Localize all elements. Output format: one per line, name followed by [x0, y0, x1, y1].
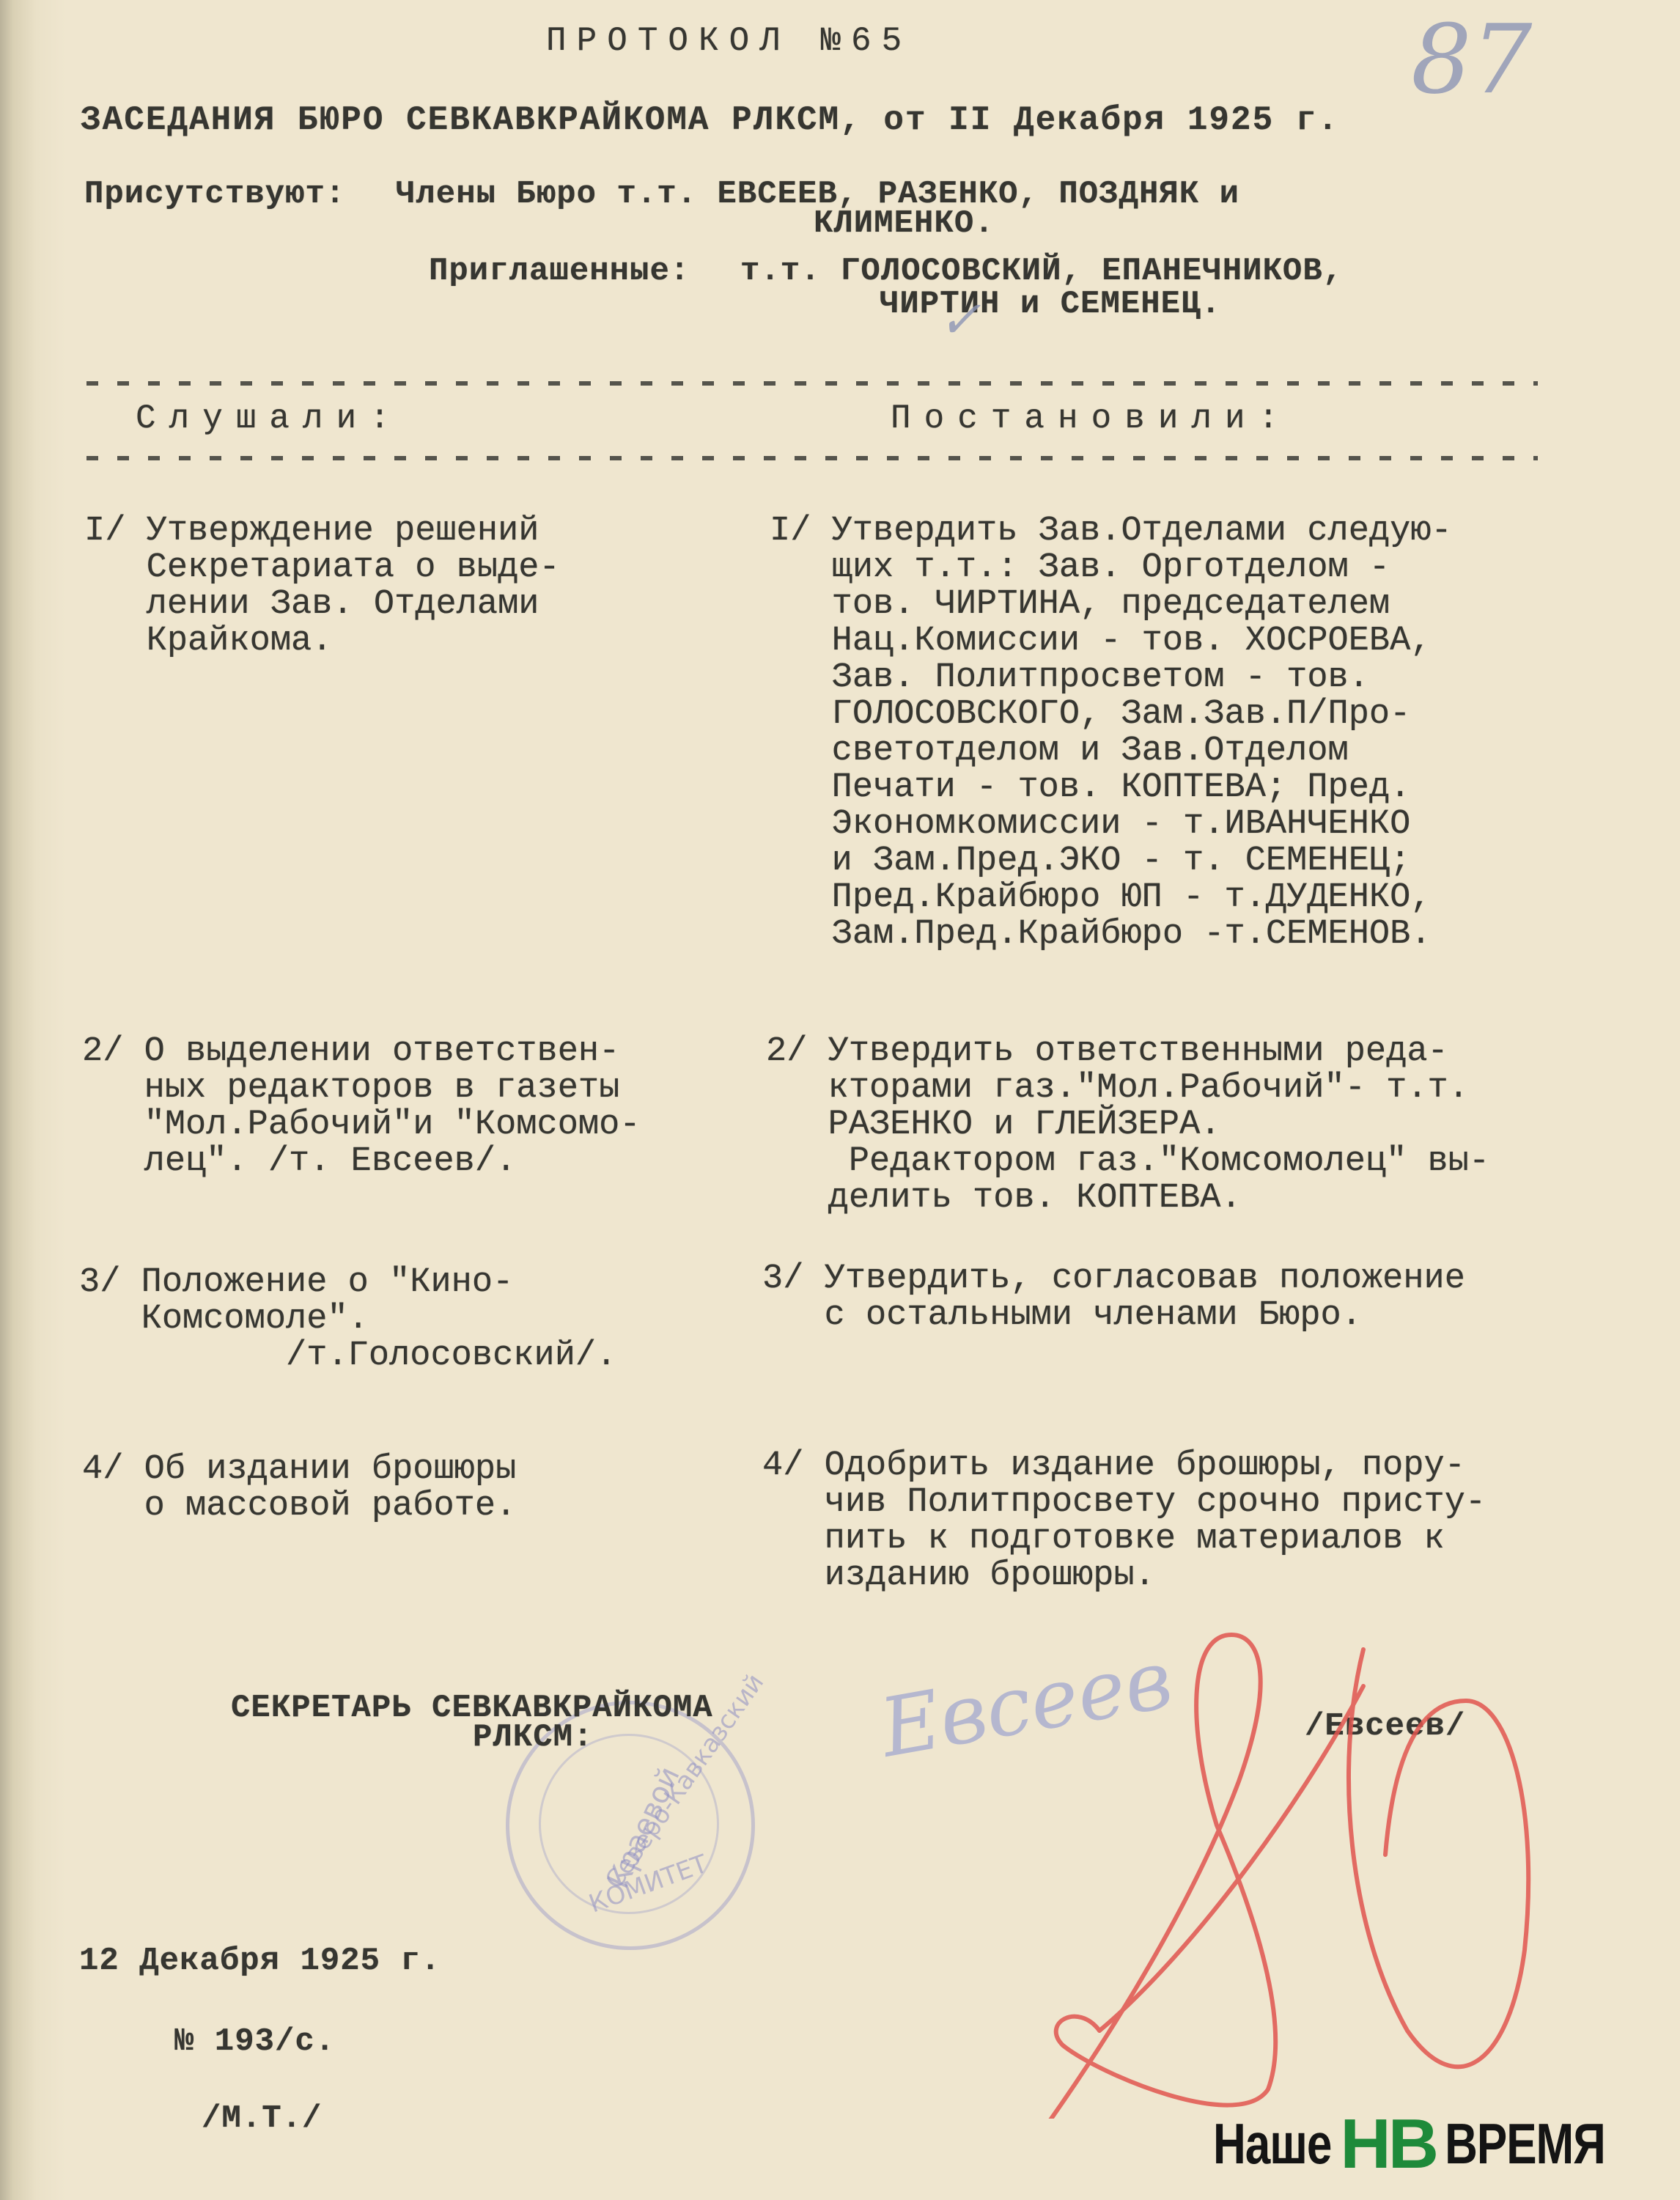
signature-position-line2: РЛКСМ:	[473, 1719, 593, 1756]
footer-initials: /М.Т./	[202, 2100, 322, 2137]
logo-mark-icon: НВ	[1340, 2109, 1436, 2179]
invited-text-line1: т.т. ГОЛОСОВСКИЙ, ЕПАНЕЧНИКОВ,	[740, 253, 1343, 290]
separator-bottom	[86, 456, 1538, 460]
document-subtitle: ЗАСЕДАНИЯ БЮРО СЕВКАВКРАЙКОМА РЛКСМ, от …	[81, 101, 1339, 139]
invited-text-line2: ЧИРТИН и СЕМЕНЕЦ.	[880, 286, 1221, 323]
document-title: ПРОТОКОЛ №65	[546, 22, 912, 60]
item-2-resolved: 2/ Утвердить ответственными реда- кторам…	[766, 1034, 1489, 1217]
footer-date: 12 Декабря 1925 г.	[79, 1943, 441, 1979]
logo-word-left: Наше	[1213, 2112, 1331, 2177]
present-text-line2: КЛИМЕНКО.	[814, 205, 995, 242]
footer-number: № 193/с.	[174, 2023, 335, 2060]
column-resolved-header: Постановили:	[891, 400, 1292, 438]
watermark-logo: Наше НВ ВРЕМЯ	[1213, 2115, 1605, 2174]
item-3-heard: 3/ Положение о "Кино- Комсомоле". /т.Гол…	[79, 1265, 616, 1375]
red-pencil-mark-icon	[953, 1620, 1539, 2119]
archive-page-number: 87	[1411, 4, 1532, 115]
separator-top	[86, 381, 1538, 386]
item-4-resolved: 4/ Одобрить издание брошюры, пору- чив П…	[762, 1448, 1486, 1594]
signature-position-line1: СЕКРЕТАРЬ СЕВКАВКРАЙКОМА	[231, 1690, 713, 1726]
logo-word-right: ВРЕМЯ	[1445, 2112, 1605, 2177]
present-label: Присутствуют:	[84, 176, 345, 213]
column-heard-header: Слушали:	[136, 400, 403, 438]
item-4-heard: 4/ Об издании брошюры о массовой работе.	[82, 1452, 516, 1525]
item-2-heard: 2/ О выделении ответствен- ных редакторо…	[82, 1034, 641, 1180]
item-1-resolved: I/ Утвердить Зав.Отделами следую- щих т.…	[770, 513, 1452, 953]
invited-label: Приглашенные:	[429, 253, 690, 290]
pencil-check-mark: ✓	[938, 290, 981, 350]
item-1-heard: I/ Утверждение решений Секретариата о вы…	[84, 513, 560, 660]
item-3-resolved: 3/ Утвердить, согласовав положение с ост…	[762, 1261, 1465, 1334]
